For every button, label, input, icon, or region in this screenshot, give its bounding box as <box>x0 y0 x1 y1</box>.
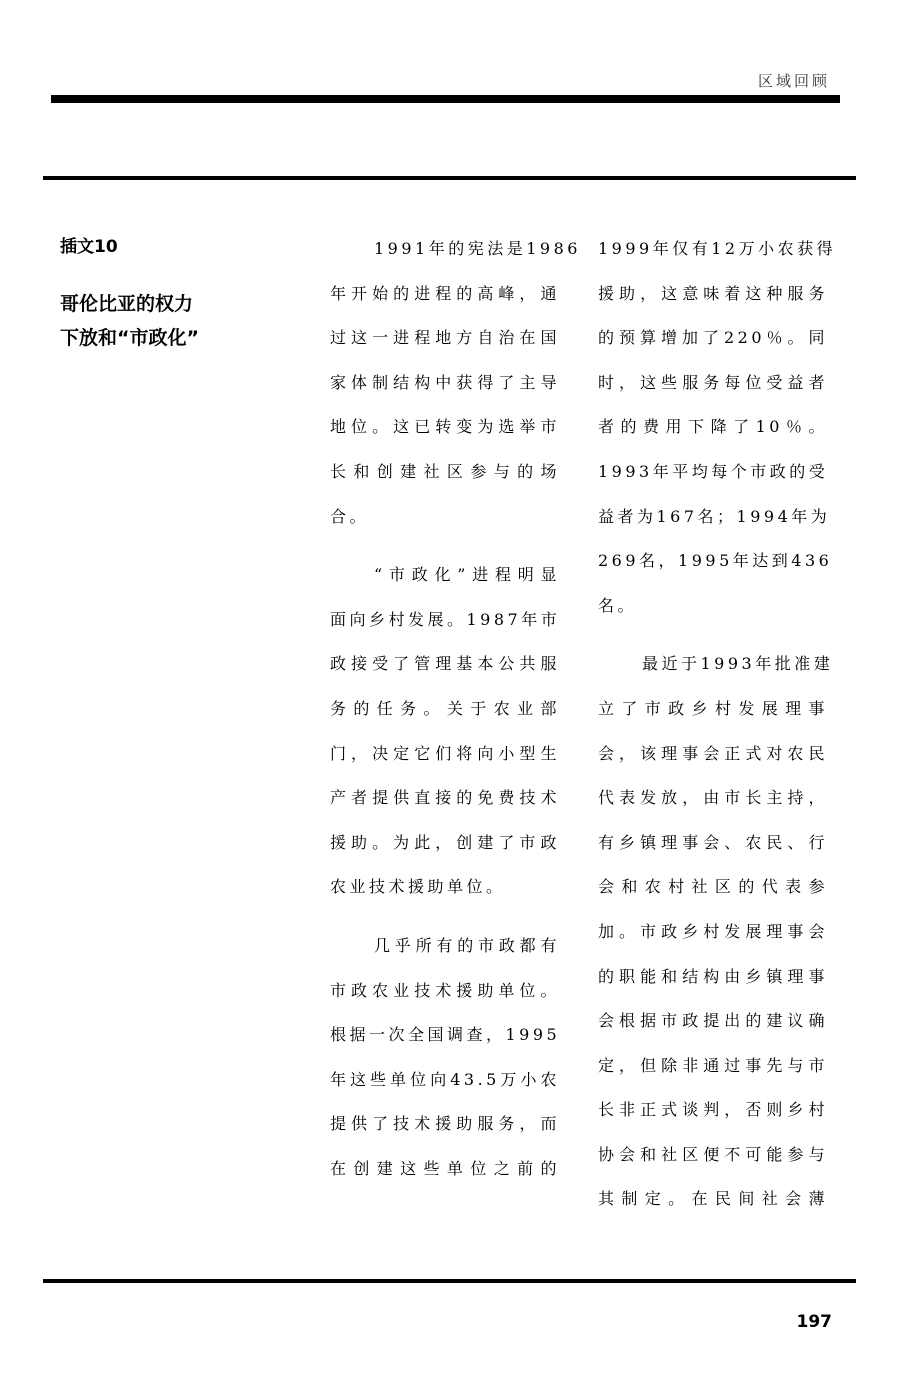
text-line: 1991年的宪法是1986 <box>330 232 560 277</box>
text-line: 1999年仅有12万小农获得 <box>598 232 828 277</box>
text-line: 年这些单位向43.5万小农 <box>330 1063 560 1108</box>
text-line: 会，该理事会正式对农民 <box>598 737 828 782</box>
text-line: 协会和社区便不可能参与 <box>598 1138 828 1183</box>
text-line: 的职能和结构由乡镇理事 <box>598 960 828 1005</box>
text-line: 政接受了管理基本公共服 <box>330 647 560 692</box>
text-line: 其制定。在民间社会薄 <box>598 1182 828 1227</box>
text-line: 市政农业技术援助单位。 <box>330 974 560 1019</box>
text-line: 立了市政乡村发展理事 <box>598 692 828 737</box>
text-line: 的预算增加了220％。同 <box>598 321 828 366</box>
text-line: 年开始的进程的高峰，通 <box>330 277 560 322</box>
text-line: 定，但除非通过事先与市 <box>598 1049 828 1094</box>
box-label: 插文10 <box>60 232 290 257</box>
paragraph: 最近于1993年批准建 立了市政乡村发展理事 会，该理事会正式对农民 代表发放，… <box>598 647 828 1227</box>
text-line: 过这一进程地方自治在国 <box>330 321 560 366</box>
text-line: 提供了技术援助服务，而 <box>330 1107 560 1152</box>
section-rule <box>43 176 856 180</box>
text-line: 有乡镇理事会、农民、行 <box>598 826 828 871</box>
text-line: 长和创建社区参与的场 <box>330 455 560 500</box>
sidebar-box-heading: 插文10 哥伦比亚的权力 下放和“市政化” <box>60 232 290 355</box>
running-head: 区域回顾 <box>700 70 830 91</box>
text-line: 门，决定它们将向小型生 <box>330 737 560 782</box>
text-line: 地位。这已转变为选举市 <box>330 410 560 455</box>
text-line: 最近于1993年批准建 <box>598 647 828 692</box>
text-line: 根据一次全国调查，1995 <box>330 1018 560 1063</box>
text-line: 长非正式谈判，否则乡村 <box>598 1093 828 1138</box>
text-line: 家体制结构中获得了主导 <box>330 366 560 411</box>
text-line: 代表发放，由市长主持， <box>598 781 828 826</box>
paragraph-gap <box>330 915 560 929</box>
paragraph: “市政化”进程明显 面向乡村发展。1987年市 政接受了管理基本公共服 务的任务… <box>330 558 560 915</box>
text-line: “市政化”进程明显 <box>330 558 560 603</box>
paragraph: 几乎所有的市政都有 市政农业技术援助单位。 根据一次全国调查，1995 年这些单… <box>330 929 560 1197</box>
paragraph-gap <box>330 544 560 558</box>
text-line: 产者提供直接的免费技术 <box>330 781 560 826</box>
text-line: 名。 <box>598 589 828 634</box>
paragraph-gap <box>598 633 828 647</box>
text-line: 面向乡村发展。1987年市 <box>330 603 560 648</box>
paragraph: 1991年的宪法是1986 年开始的进程的高峰，通 过这一进程地方自治在国 家体… <box>330 232 560 544</box>
box-title-line: 哥伦比亚的权力 <box>60 287 290 321</box>
text-line: 益者为167名；1994年为 <box>598 500 828 545</box>
text-line: 务的任务。关于农业部 <box>330 692 560 737</box>
text-line: 时，这些服务每位受益者 <box>598 366 828 411</box>
text-line: 1993年平均每个市政的受 <box>598 455 828 500</box>
text-line: 合。 <box>330 500 560 545</box>
text-column-1: 1991年的宪法是1986 年开始的进程的高峰，通 过这一进程地方自治在国 家体… <box>330 232 560 1196</box>
text-line: 加。市政乡村发展理事会 <box>598 915 828 960</box>
bottom-rule <box>43 1279 856 1283</box>
text-line: 会根据市政提出的建议确 <box>598 1004 828 1049</box>
text-line: 援助，这意味着这种服务 <box>598 277 828 322</box>
text-line: 援助。为此，创建了市政 <box>330 826 560 871</box>
box-title-line: 下放和“市政化” <box>60 321 290 355</box>
text-line: 农业技术援助单位。 <box>330 870 560 915</box>
text-line: 者的费用下降了10％。 <box>598 410 828 455</box>
paragraph: 1999年仅有12万小农获得 援助，这意味着这种服务 的预算增加了220％。同 … <box>598 232 828 633</box>
text-line: 几乎所有的市政都有 <box>330 929 560 974</box>
page-number: 197 <box>780 1312 832 1332</box>
text-line: 在创建这些单位之前的 <box>330 1152 560 1197</box>
text-line: 269名，1995年达到436 <box>598 544 828 589</box>
top-thick-rule <box>51 95 840 103</box>
box-title: 哥伦比亚的权力 下放和“市政化” <box>60 287 290 355</box>
text-column-2: 1999年仅有12万小农获得 援助，这意味着这种服务 的预算增加了220％。同 … <box>598 232 828 1227</box>
text-line: 会和农村社区的代表参 <box>598 870 828 915</box>
